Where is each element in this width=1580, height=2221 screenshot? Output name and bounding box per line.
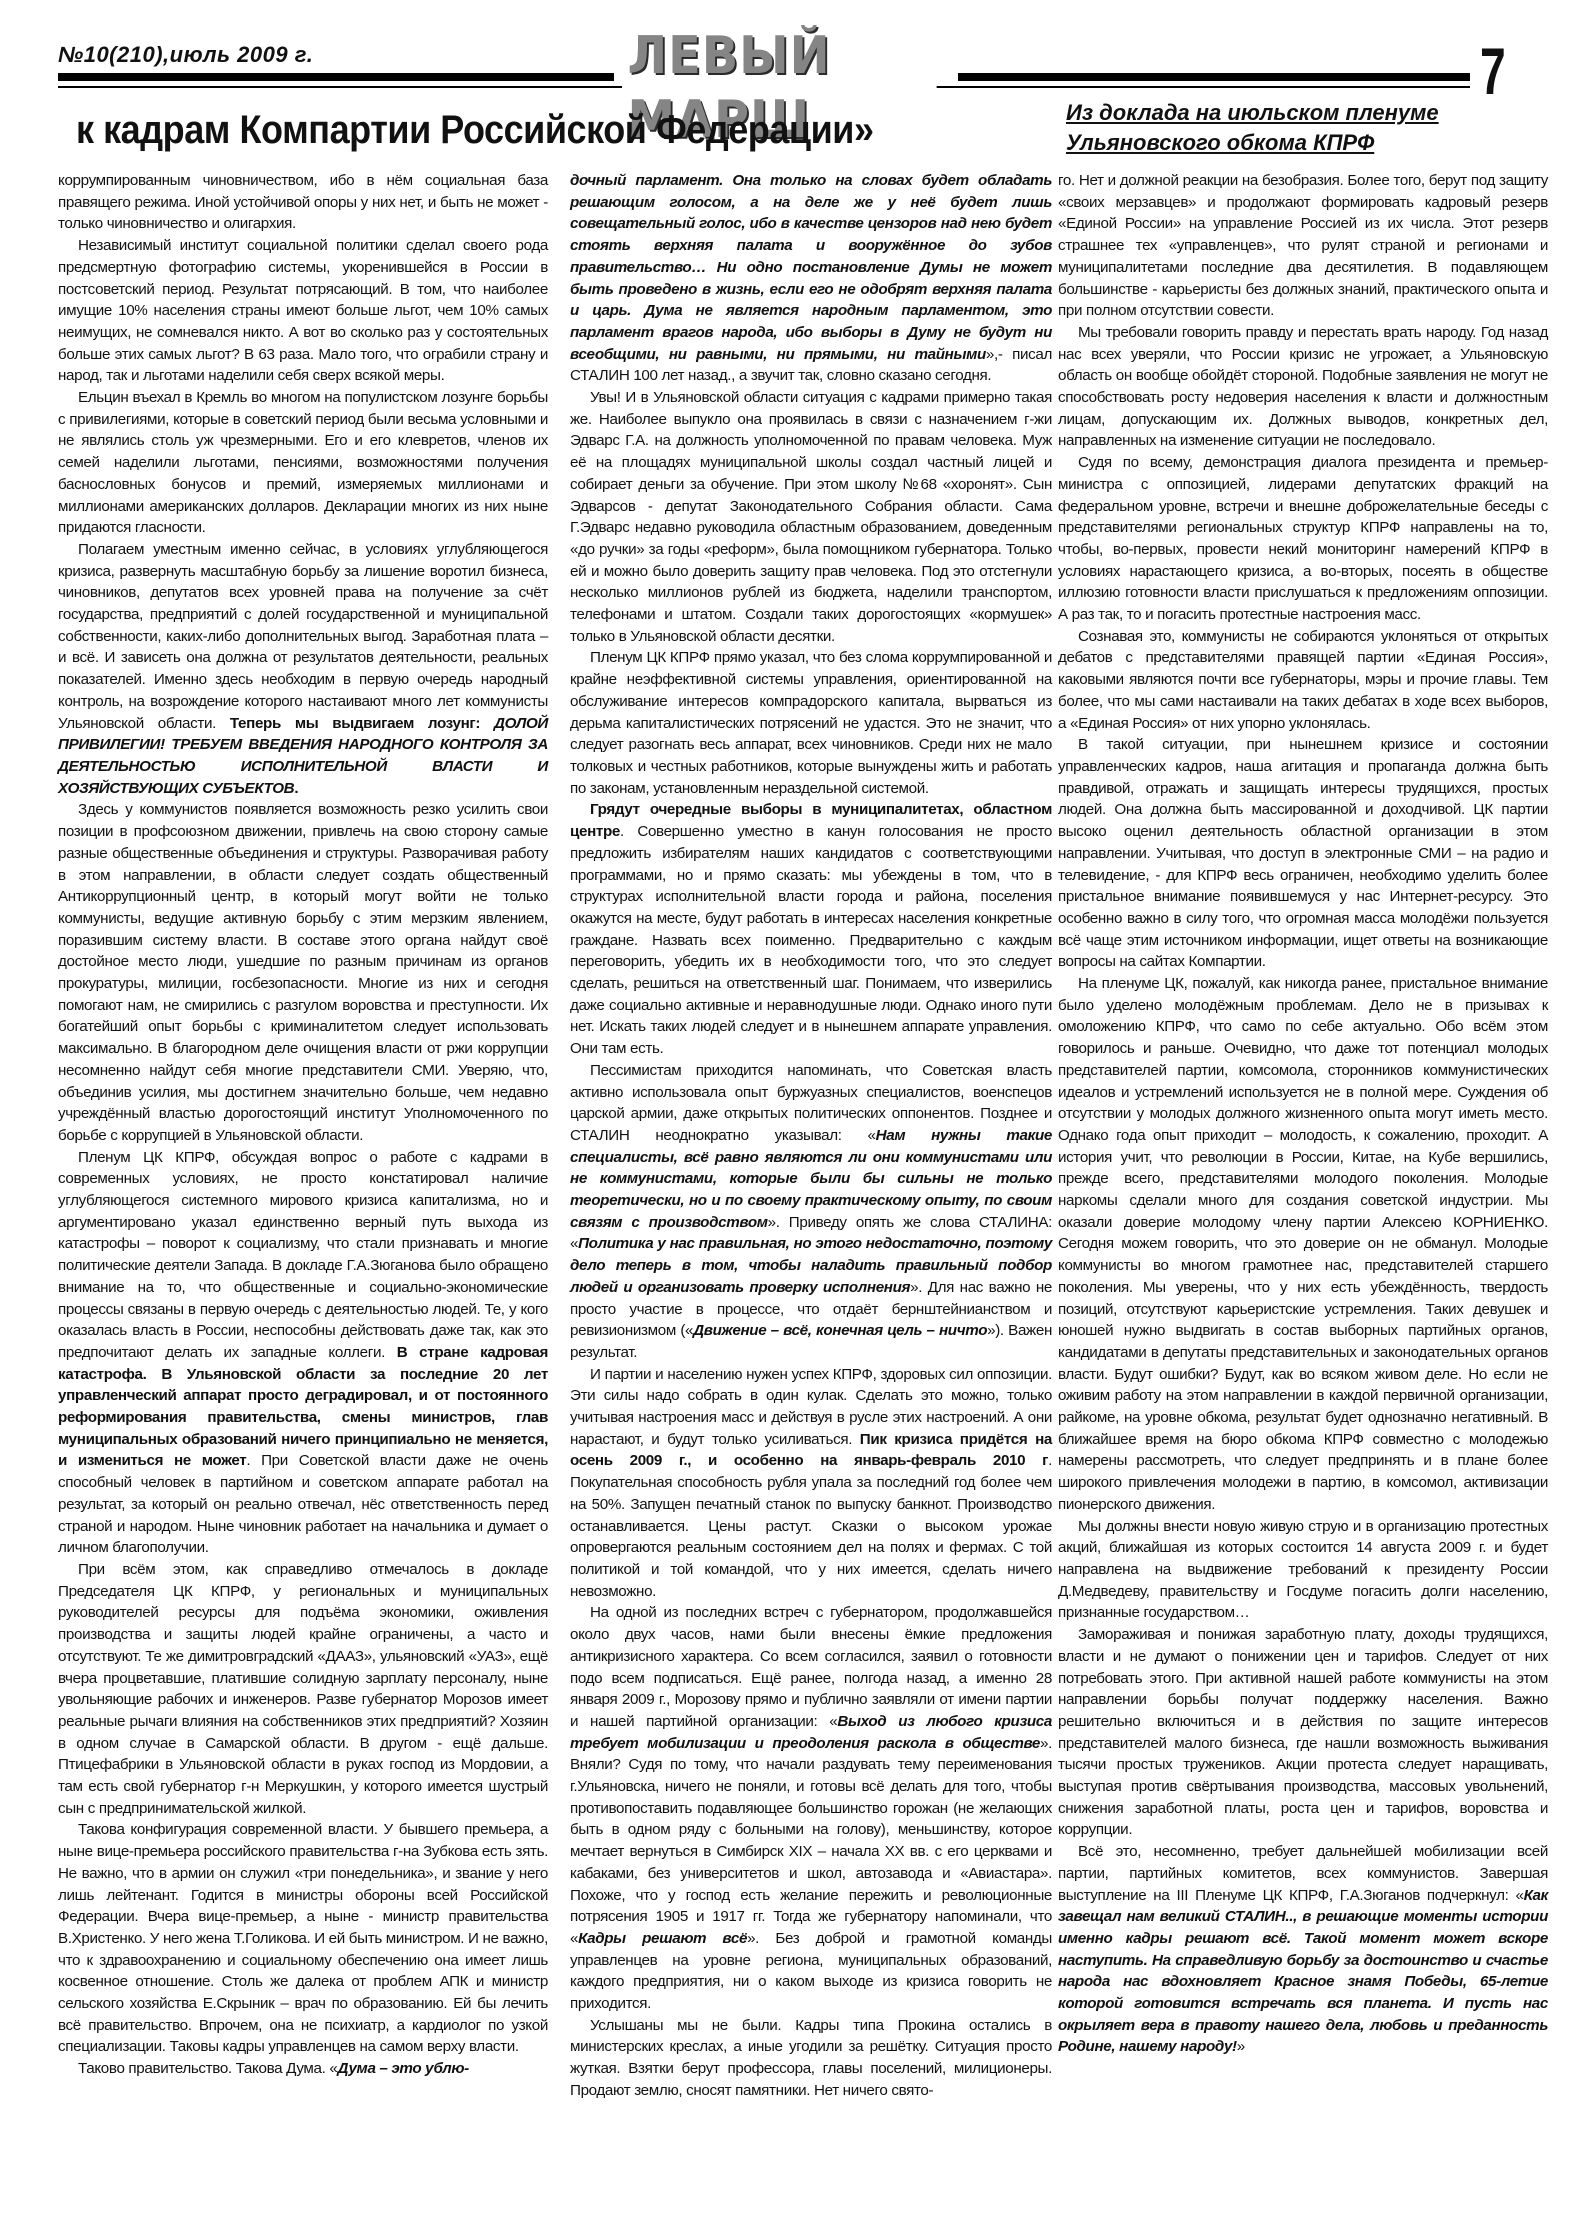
- article-column-1: коррумпированным чиновничеством, ибо в н…: [58, 170, 548, 2080]
- body-text: коррумпированным чиновничеством, ибо в н…: [58, 172, 548, 232]
- header-rule-right: [958, 73, 1470, 81]
- paragraph: Такова конфигурация современной власти. …: [58, 1819, 548, 2058]
- paragraph: При всём этом, как справедливо отмечалос…: [58, 1559, 548, 1819]
- issue-date: №10(210),июль 2009 г.: [58, 42, 313, 68]
- article-headline: к кадрам Компартии Российской Федерации»: [76, 106, 874, 154]
- emphasis-text: В стране кадровая катастрофа. В Ульяновс…: [58, 1344, 548, 1470]
- body-text: Такова конфигурация современной власти. …: [58, 1821, 548, 2055]
- paragraph: На одной из последних встреч с губернато…: [570, 1602, 1052, 2014]
- header-rule-left: [58, 73, 614, 81]
- paragraph: И партии и населению нужен успех КПРФ, з…: [570, 1364, 1052, 1603]
- paragraph: Полагаем уместным именно сейчас, в услов…: [58, 539, 548, 799]
- emphasis-text: Движение – всё, конечная цель – ничто: [693, 1322, 987, 1339]
- paragraph: Пессимистам приходится напоминать, что С…: [570, 1060, 1052, 1364]
- article-column-3: го. Нет и должной реакции на безобразия.…: [1058, 170, 1548, 2058]
- body-text: Замораживая и понижая заработную плату, …: [1058, 1626, 1548, 1838]
- emphasis-text: Теперь мы выдвигаем лозунг:: [230, 715, 494, 732]
- paragraph: Независимый институт социальной политики…: [58, 235, 548, 387]
- body-text: На одной из последних встреч с губернато…: [570, 1604, 1052, 1730]
- emphasis-text: Кадры решают всё: [578, 1930, 747, 1947]
- body-text: Ельцин въехал в Кремль во многом на попу…: [58, 389, 548, 536]
- paragraph: Грядут очередные выборы в муниципалитета…: [570, 799, 1052, 1059]
- body-text: Судя по всему, демонстрация диалога през…: [1058, 454, 1548, 623]
- paragraph: Мы должны внести новую живую струю и в о…: [1058, 1516, 1548, 1625]
- body-text: Мы требовали говорить правду и перестать…: [1058, 324, 1548, 450]
- emphasis-text: .: [294, 780, 298, 797]
- paragraph: Таково правительство. Такова Дума. «Дума…: [58, 2058, 548, 2080]
- paragraph: Пленум ЦК КПРФ, обсуждая вопрос о работе…: [58, 1147, 548, 1559]
- emphasis-text: Как завещал нам великий СТАЛИН.., в реша…: [1058, 1887, 1548, 2056]
- body-text: Полагаем уместным именно сейчас, в услов…: [58, 541, 548, 732]
- paragraph: На пленуме ЦК, пожалуй, как никогда ране…: [1058, 973, 1548, 1516]
- body-text: »: [1237, 2038, 1245, 2055]
- emphasis-text: Дума – это ублю-: [337, 2060, 468, 2077]
- newspaper-page: №10(210),июль 2009 г. ЛЕВЫЙ МАРШ 7 к кад…: [0, 0, 1580, 2221]
- article-column-2: дочный парламент. Она только на словах б…: [570, 170, 1052, 2102]
- paragraph: В такой ситуации, при нынешнем кризисе и…: [1058, 734, 1548, 973]
- paragraph: Пленум ЦК КПРФ прямо указал, что без сло…: [570, 647, 1052, 799]
- body-text: Здесь у коммунистов появляется возможнос…: [58, 801, 548, 1144]
- paragraph: Судя по всему, демонстрация диалога през…: [1058, 452, 1548, 626]
- paragraph: Услышаны мы не были. Кадры типа Прокина …: [570, 2015, 1052, 2102]
- body-text: . Покупательная способность рубля упала …: [570, 1452, 1052, 1599]
- paragraph: Замораживая и понижая заработную плату, …: [1058, 1624, 1548, 1841]
- body-text: го. Нет и должной реакции на безобразия.…: [1058, 172, 1548, 319]
- paragraph: Здесь у коммунистов появляется возможнос…: [58, 799, 548, 1146]
- body-text: . Совершенно уместно в канун голосования…: [570, 823, 1052, 1057]
- body-text: Всё это, несомненно, требует дальнейшей …: [1058, 1843, 1548, 1903]
- body-text: Сознавая это, коммунисты не собираются у…: [1058, 628, 1548, 732]
- subhead-line-1: Из доклада на июльском пленуме: [1066, 98, 1439, 128]
- body-text: Мы должны внести новую живую струю и в о…: [1058, 1518, 1548, 1622]
- paragraph: Всё это, несомненно, требует дальнейшей …: [1058, 1841, 1548, 2058]
- article-subhead: Из доклада на июльском пленуме Ульяновск…: [1066, 98, 1439, 158]
- body-text: Пленум ЦК КПРФ, обсуждая вопрос о работе…: [58, 1149, 548, 1361]
- body-text: В такой ситуации, при нынешнем кризисе и…: [1058, 736, 1548, 970]
- subhead-line-2: Ульяновского обкома КПРФ: [1066, 128, 1439, 158]
- paragraph: дочный парламент. Она только на словах б…: [570, 170, 1052, 387]
- paragraph: го. Нет и должной реакции на безобразия.…: [1058, 170, 1548, 322]
- body-text: Таково правительство. Такова Дума. «: [78, 2060, 337, 2077]
- paragraph: Ельцин въехал в Кремль во многом на попу…: [58, 387, 548, 539]
- page-number: 7: [1480, 38, 1506, 104]
- paragraph: Сознавая это, коммунисты не собираются у…: [1058, 626, 1548, 735]
- paragraph: коррумпированным чиновничеством, ибо в н…: [58, 170, 548, 235]
- body-text: Увы! И в Ульяновской области ситуация с …: [570, 389, 1052, 645]
- paragraph: Мы требовали говорить правду и перестать…: [1058, 322, 1548, 452]
- newspaper-logo: ЛЕВЫЙ МАРШ: [622, 24, 937, 88]
- body-text: ». Вняли? Судя по тому, что начали разду…: [570, 1735, 1052, 1947]
- body-text: При всём этом, как справедливо отмечалос…: [58, 1561, 548, 1817]
- paragraph: Увы! И в Ульяновской области ситуация с …: [570, 387, 1052, 647]
- emphasis-text: дочный парламент. Она только на словах б…: [570, 172, 1052, 363]
- body-text: Независимый институт социальной политики…: [58, 237, 548, 384]
- body-text: Услышаны мы не были. Кадры типа Прокина …: [570, 2017, 1052, 2099]
- body-text: На пленуме ЦК, пожалуй, как никогда ране…: [1058, 975, 1548, 1513]
- body-text: Пленум ЦК КПРФ прямо указал, что без сло…: [570, 649, 1052, 796]
